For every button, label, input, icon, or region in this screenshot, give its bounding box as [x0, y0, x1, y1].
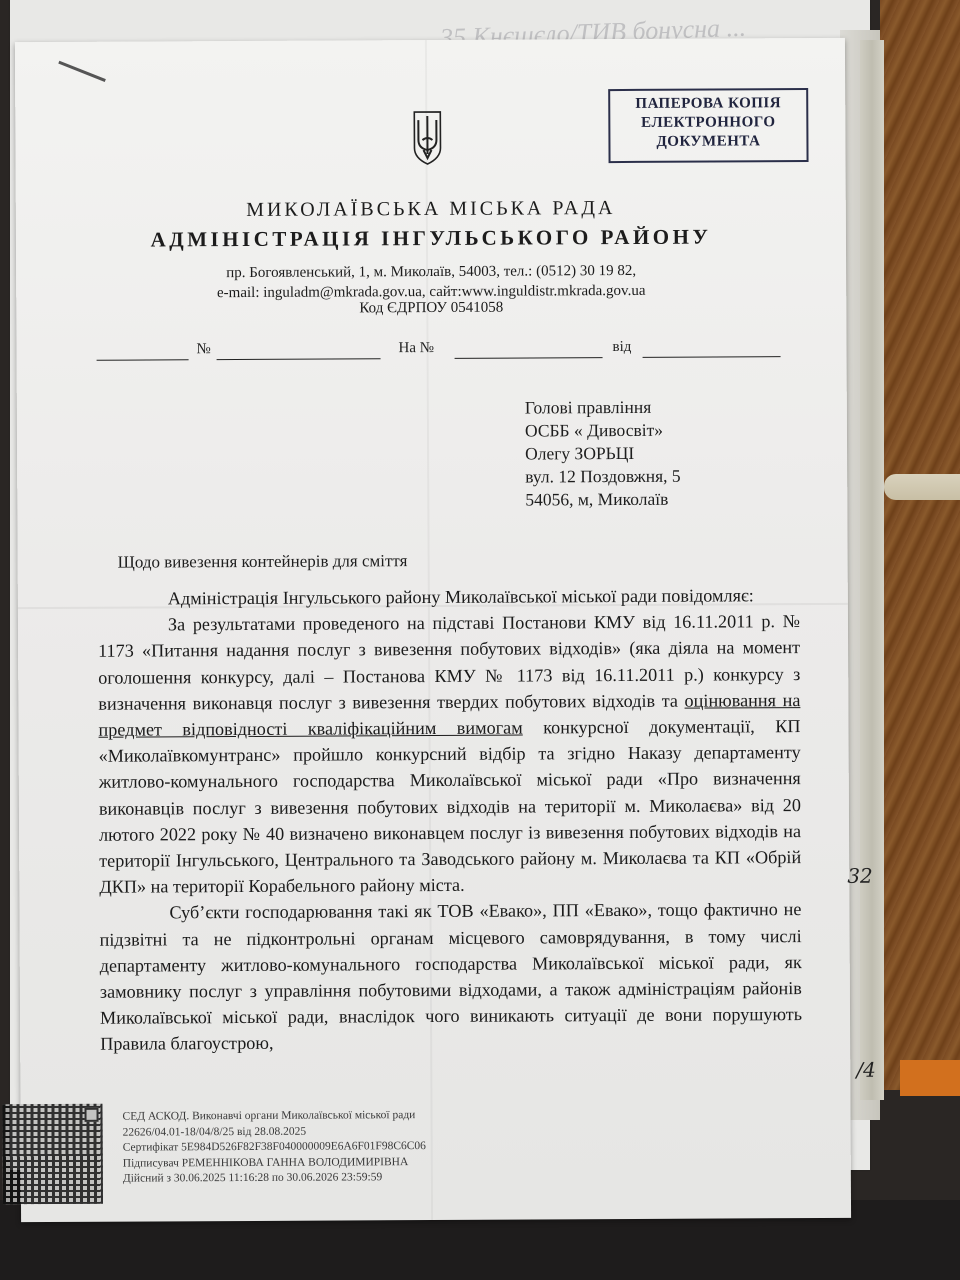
qr-code — [2, 1104, 103, 1205]
orange-object — [900, 1060, 960, 1096]
addressee-block: Голові правління ОСББ « Дивосвіт» Олегу … — [525, 396, 681, 512]
margin-note: /4 — [856, 1058, 876, 1082]
reply-number-blank — [455, 357, 603, 359]
date-blank — [97, 359, 189, 360]
staple — [58, 61, 106, 82]
addressee-line: Голові правління — [525, 396, 681, 420]
certificate: Сертифікат 5E984D526F82F38F040000009E6A6… — [123, 1139, 426, 1156]
from-label: від — [612, 339, 631, 356]
paper-copy-stamp: ПАПЕРОВА КОПІЯ ЕЛЕКТРОННОГО ДОКУМЕНТА — [608, 88, 808, 163]
margin-note: 32 — [847, 864, 873, 888]
trident-coat-of-arms-icon — [412, 110, 442, 166]
binding-string — [884, 474, 960, 500]
from-date-blank — [643, 356, 781, 358]
addressee-line: вул. 12 Поздовжня, 5 — [525, 465, 681, 489]
registration-line: № На № від — [96, 338, 796, 342]
number-label: № — [196, 341, 210, 358]
binding-tape — [860, 40, 884, 1100]
addressee-line: Олегу ЗОРЬЦІ — [525, 442, 681, 466]
letter-body: Адміністрація Інгульського району Микола… — [98, 582, 802, 1057]
signature-system: СЕД АСКОД. Виконавчі органи Миколаївсько… — [123, 1108, 426, 1125]
addressee-line: ОСББ « Дивосвіт» — [525, 419, 681, 443]
edrpou-code: Код ЄДРПОУ 0541058 — [16, 298, 846, 319]
registration-number: 22626/04.01-18/04/8/25 від 28.08.2025 — [123, 1124, 426, 1141]
letter-page: ПАПЕРОВА КОПІЯ ЕЛЕКТРОННОГО ДОКУМЕНТА МИ… — [15, 38, 851, 1222]
addressee-line: 54056, м, Миколаїв — [525, 488, 681, 512]
administration-name: АДМІНІСТРАЦІЯ ІНГУЛЬСЬКОГО РАЙОНУ — [16, 224, 846, 253]
number-blank — [217, 358, 381, 360]
paragraph-text: конкурсної документації, КП «Миколаївком… — [99, 716, 802, 897]
council-name: МИКОЛАЇВСЬКА МІСЬКА РАДА — [16, 196, 846, 223]
letter-subject: Щодо вивезення контейнерів для сміття — [118, 551, 408, 573]
reply-number-label: На № — [398, 340, 434, 357]
stamp-line: ПАПЕРОВА КОПІЯ — [610, 94, 806, 114]
wooden-table — [880, 0, 960, 1090]
paragraph: Суб’єкти господарювання такі як ТОВ «Ева… — [99, 897, 802, 1058]
stamp-line: ЕЛЕКТРОННОГО — [610, 113, 806, 133]
validity: Дійсний з 30.06.2025 11:16:28 по 30.06.2… — [123, 1170, 426, 1187]
paragraph: За результатами проведеного на підставі … — [98, 608, 801, 900]
stamp-line: ДОКУМЕНТА — [610, 132, 806, 152]
signer: Підписувач РЕМЕННІКОВА ГАННА ВОЛОДИМИРІВ… — [123, 1155, 426, 1172]
e-signature-block: СЕД АСКОД. Виконавчі органи Миколаївсько… — [123, 1108, 427, 1188]
paragraph: Адміністрація Інгульського району Микола… — [98, 582, 800, 612]
